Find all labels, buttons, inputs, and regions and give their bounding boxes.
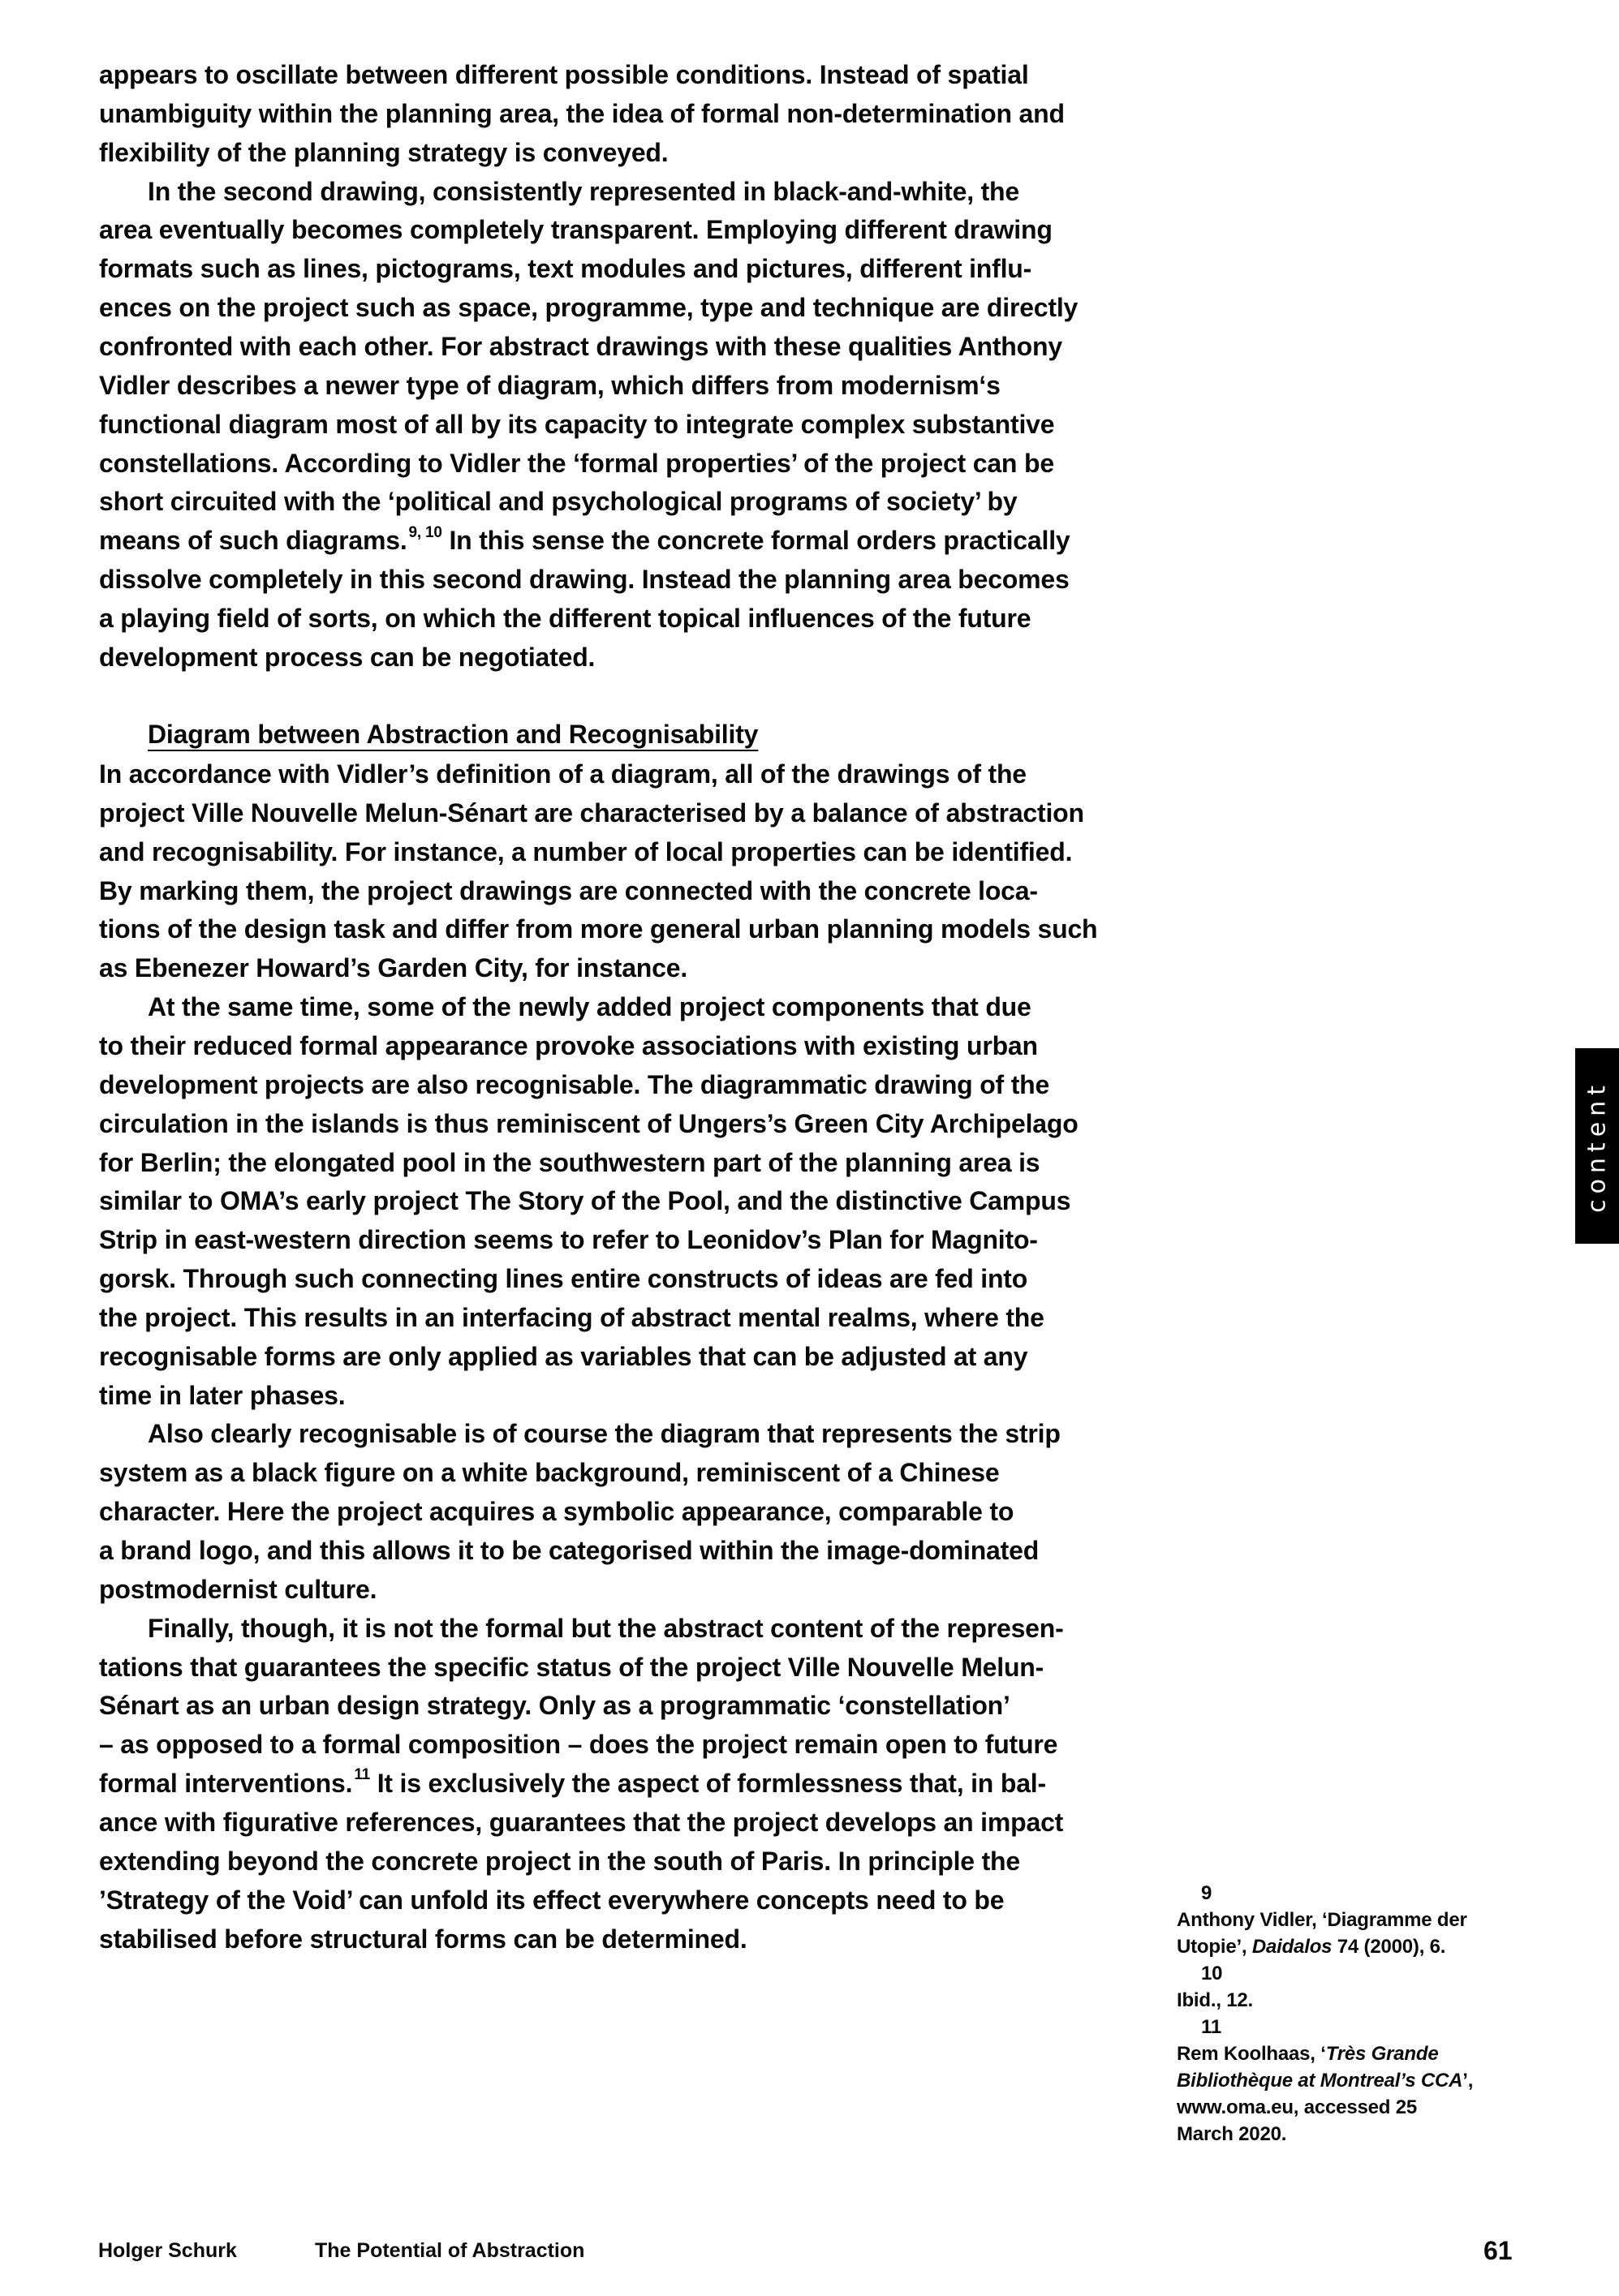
body-line: Vidler describes a newer type of diagram…	[99, 369, 1001, 402]
footnote-text: Bibliothèque at Montreal’s CCA’,	[1177, 2069, 1473, 2093]
body-line: to their reduced formal appearance provo…	[99, 1030, 1038, 1062]
body-line: time in later phases.	[99, 1379, 345, 1412]
body-line: the project. This results in an interfac…	[99, 1301, 1044, 1334]
body-line: Finally, though, it is not the formal bu…	[148, 1612, 1064, 1645]
body-line: confronted with each other. For abstract…	[99, 330, 1062, 363]
body-line: means of such diagrams.9, 10 In this sen…	[99, 524, 1070, 557]
body-line: circulation in the islands is thus remin…	[99, 1107, 1079, 1140]
body-line: similar to OMA’s early project The Story…	[99, 1185, 1070, 1217]
body-line: extending beyond the concrete project in…	[99, 1845, 1020, 1877]
body-line: stabilised before structural forms can b…	[99, 1923, 747, 1955]
section-heading: Diagram between Abstraction and Recognis…	[148, 718, 758, 750]
footnote-text-part: Utopie’,	[1177, 1936, 1252, 1958]
body-line: gorsk. Through such connecting lines ent…	[99, 1262, 1027, 1295]
footnote-text: www.oma.eu, accessed 25	[1177, 2096, 1417, 2120]
footnote-text-part: ’,	[1462, 2070, 1473, 2092]
body-line: Also clearly recognisable is of course t…	[148, 1417, 1061, 1450]
body-line: functional diagram most of all by its ca…	[99, 408, 1054, 441]
body-line: a playing field of sorts, on which the d…	[99, 602, 1031, 634]
footnote-text-part: Anthony Vidler, ‘Diagramme der	[1177, 1909, 1467, 1931]
body-line: and recognisability. For instance, a num…	[99, 836, 1072, 868]
footnote-reference[interactable]: 9, 10	[409, 524, 442, 541]
body-line: development projects are also recognisab…	[99, 1068, 1049, 1101]
body-line-text: formal interventions.	[99, 1769, 352, 1798]
body-line: system as a black figure on a white back…	[99, 1456, 1000, 1489]
footnote-text-part: 74 (2000), 6.	[1332, 1936, 1445, 1958]
body-line: Strip in east-western direction seems to…	[99, 1223, 1038, 1256]
body-line: In accordance with Vidler’s definition o…	[99, 758, 1027, 790]
footnote-number: 11	[1201, 2015, 1221, 2040]
footnote-text: Anthony Vidler, ‘Diagramme der	[1177, 1908, 1467, 1933]
body-line: formal interventions.11 It is exclusivel…	[99, 1767, 1046, 1799]
footnote-italic-title: Bibliothèque at Montreal’s CCA	[1177, 2070, 1462, 2092]
body-line: By marking them, the project drawings ar…	[99, 875, 1038, 907]
body-line: unambiguity within the planning area, th…	[99, 97, 1065, 130]
body-line: recognisable forms are only applied as v…	[99, 1340, 1027, 1373]
body-line-text: It is exclusively the aspect of formless…	[370, 1769, 1046, 1798]
page-number: 61	[1483, 2236, 1513, 2265]
body-line: project Ville Nouvelle Melun-Sénart are …	[99, 797, 1084, 829]
footnote-text: Rem Koolhaas, ‘Très Grande	[1177, 2042, 1438, 2066]
body-line: constellations. According to Vidler the …	[99, 447, 1054, 479]
body-line: postmodernist culture.	[99, 1573, 377, 1606]
body-line: as Ebenezer Howard’s Garden City, for in…	[99, 952, 687, 984]
body-line: character. Here the project acquires a s…	[99, 1495, 1014, 1528]
body-line: development process can be negotiated.	[99, 641, 595, 673]
footnote-text-part: Rem Koolhaas, ‘	[1177, 2043, 1326, 2065]
body-line: for Berlin; the elongated pool in the so…	[99, 1146, 1040, 1179]
footnote-italic-title: Daidalos	[1252, 1936, 1332, 1958]
body-line: At the same time, some of the newly adde…	[148, 991, 1031, 1023]
body-line: dissolve completely in this second drawi…	[99, 563, 1070, 595]
body-line: short circuited with the ‘political and …	[99, 485, 1018, 518]
footnote-number: 9	[1201, 1881, 1212, 1906]
footnote-text-part: Ibid., 12.	[1177, 1989, 1253, 2011]
body-line: area eventually becomes completely trans…	[99, 213, 1053, 246]
body-line: flexibility of the planning strategy is …	[99, 136, 668, 169]
section-tab-content[interactable]: content	[1575, 1048, 1619, 1244]
body-line: ’Strategy of the Void’ can unfold its ef…	[99, 1884, 1004, 1916]
body-line: ences on the project such as space, prog…	[99, 291, 1078, 324]
body-line: a brand logo, and this allows it to be c…	[99, 1534, 1039, 1567]
body-line: ance with figurative references, guarant…	[99, 1806, 1063, 1838]
footnote-text-part: www.oma.eu, accessed 25	[1177, 2096, 1417, 2118]
body-line-text: In this sense the concrete formal orders…	[442, 526, 1070, 555]
body-line: formats such as lines, pictograms, text …	[99, 252, 1031, 285]
footer-title: The Potential of Abstraction	[315, 2236, 584, 2265]
section-tab-label: content	[1583, 1080, 1612, 1213]
body-line: Sénart as an urban design strategy. Only…	[99, 1689, 1010, 1722]
footnote-italic-title: Très Grande	[1326, 2043, 1439, 2065]
footnote-text: Ibid., 12.	[1177, 1989, 1253, 2013]
body-line: tations that guarantees the specific sta…	[99, 1651, 1044, 1683]
document-page: appears to oscillate between different p…	[0, 0, 1619, 2296]
footnote-reference[interactable]: 11	[354, 1766, 370, 1783]
body-line: – as opposed to a formal composition – d…	[99, 1728, 1057, 1761]
body-line: In the second drawing, consistently repr…	[148, 175, 1019, 208]
body-line: appears to oscillate between different p…	[99, 58, 1029, 91]
body-line-text: means of such diagrams.	[99, 526, 407, 555]
footer-author: Holger Schurk	[98, 2236, 237, 2265]
footnote-text: March 2020.	[1177, 2122, 1286, 2147]
footnote-number: 10	[1201, 1962, 1222, 1986]
footnote-text: Utopie’, Daidalos 74 (2000), 6.	[1177, 1935, 1445, 1959]
body-line: tions of the design task and differ from…	[99, 913, 1097, 945]
footnote-text-part: March 2020.	[1177, 2123, 1286, 2145]
